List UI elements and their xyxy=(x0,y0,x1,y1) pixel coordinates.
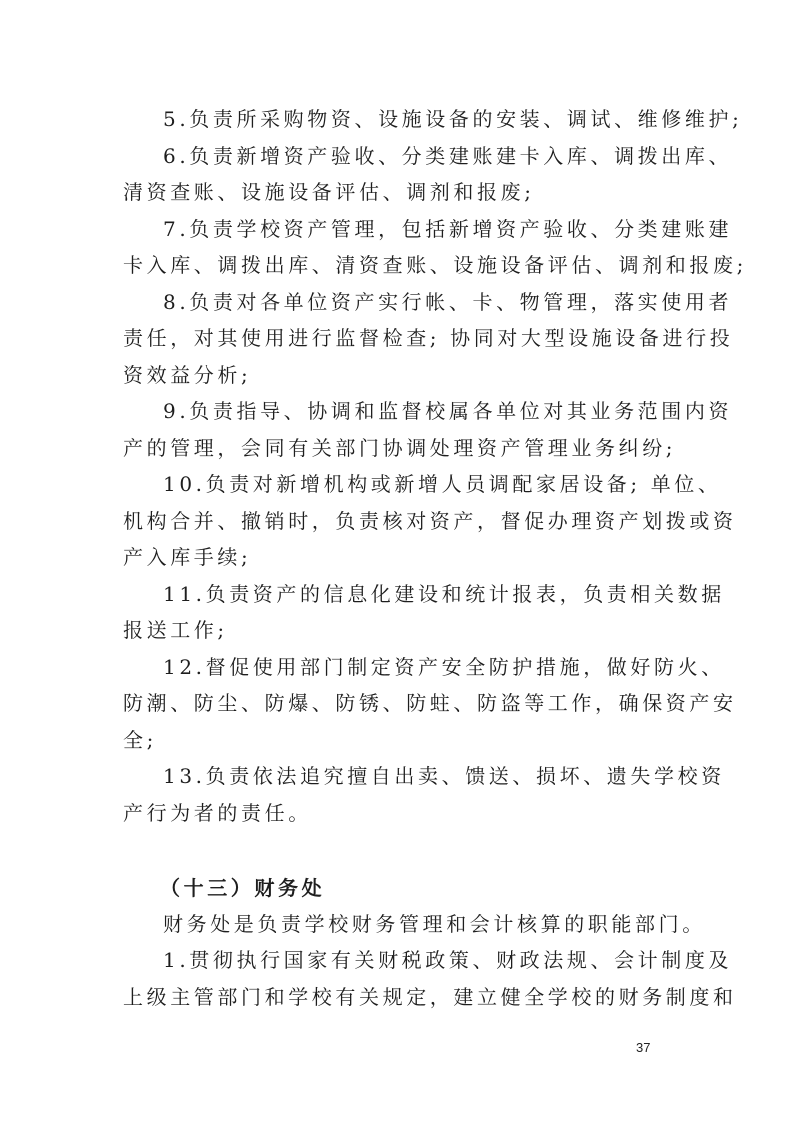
list-item-6-cont: 清资查账、设施设备评估、调剂和报废; xyxy=(123,178,683,206)
section-intro: 财务处是负责学校财务管理和会计核算的职能部门。 xyxy=(163,910,723,938)
section-heading: （十三）财务处 xyxy=(160,874,720,902)
list-item-5: 5.负责所采购物资、设施设备的安装、调试、维修维护; xyxy=(163,105,723,133)
finance-item-1-cont: 上级主管部门和学校有关规定，建立健全学校的财务制度和 xyxy=(123,983,683,1011)
list-item-10: 10.负责对新增机构或新增人员调配家居设备; 单位、 xyxy=(163,470,723,498)
list-item-8: 8.负责对各单位资产实行帐、卡、物管理，落实使用者 xyxy=(163,288,723,316)
list-item-9: 9.负责指导、协调和监督校属各单位对其业务范围内资 xyxy=(163,397,723,425)
page-number: 37 xyxy=(636,1040,650,1055)
list-item-8-cont: 责任，对其使用进行监督检查; 协同对大型设施设备进行投 xyxy=(123,324,683,352)
finance-item-1: 1.贯彻执行国家有关财税政策、财政法规、会计制度及 xyxy=(163,946,723,974)
list-item-8-cont: 资效益分析; xyxy=(123,361,683,389)
list-item-12-cont: 防潮、防尘、防爆、防锈、防蛀、防盗等工作，确保资产安 xyxy=(123,689,683,717)
list-item-9-cont: 产的管理，会同有关部门协调处理资产管理业务纠纷; xyxy=(123,434,683,462)
list-item-11-cont: 报送工作; xyxy=(123,616,683,644)
list-item-7-cont: 卡入库、调拨出库、清资查账、设施设备评估、调剂和报废; xyxy=(123,251,683,279)
document-page: 5.负责所采购物资、设施设备的安装、调试、维修维护; 6.负责新增资产验收、分类… xyxy=(0,0,799,1131)
list-item-13: 13.负责依法追究擅自出卖、馈送、损坏、遗失学校资 xyxy=(163,762,723,790)
list-item-12-cont: 全; xyxy=(123,726,683,754)
list-item-7: 7.负责学校资产管理，包括新增资产验收、分类建账建 xyxy=(163,215,723,243)
list-item-10-cont: 产入库手续; xyxy=(123,543,683,571)
list-item-12: 12.督促使用部门制定资产安全防护措施，做好防火、 xyxy=(163,653,723,681)
list-item-13-cont: 产行为者的责任。 xyxy=(123,799,683,827)
list-item-6: 6.负责新增资产验收、分类建账建卡入库、调拨出库、 xyxy=(163,142,723,170)
list-item-10-cont: 机构合并、撤销时，负责核对资产，督促办理资产划拨或资 xyxy=(123,507,683,535)
list-item-11: 11.负责资产的信息化建设和统计报表，负责相关数据 xyxy=(163,580,723,608)
